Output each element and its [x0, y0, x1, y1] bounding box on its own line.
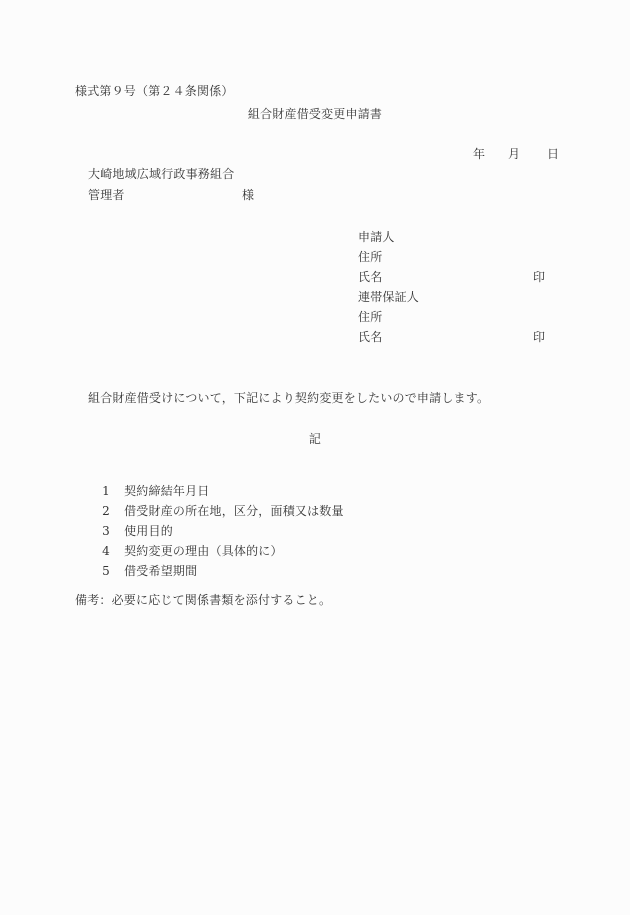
guarantor-address-label: 住所 — [358, 310, 382, 324]
addressee-honorific: 様 — [242, 188, 254, 202]
form-number-label: 様式第９号（第２４条関係） — [75, 84, 234, 98]
year-label: 年 — [473, 147, 485, 161]
document-title: 組合財産借受変更申請書 — [0, 107, 630, 121]
note-text: 備考：必要に応じて関係書類を添付すること。 — [75, 593, 331, 607]
applicant-address-label: 住所 — [358, 250, 382, 264]
guarantor-name-label: 氏名 — [358, 330, 382, 344]
addressee-organization: 大崎地域広域行政事務組合 — [88, 167, 234, 181]
applicant-seal-mark: 印 — [533, 270, 545, 284]
document-page: 様式第９号（第２４条関係） 組合財産借受変更申請書 年 月 日 大崎地域広域行政… — [0, 0, 630, 915]
guarantor-label: 連帯保証人 — [358, 290, 419, 304]
applicant-name-label: 氏名 — [358, 270, 382, 284]
item-text: 借受希望期間 — [124, 564, 197, 578]
guarantor-seal-mark: 印 — [533, 330, 545, 344]
item-number: 5 — [102, 564, 124, 578]
record-marker: 記 — [0, 432, 630, 446]
body-text: 組合財産借受けについて，下記により契約変更をしたいので申請します。 — [88, 391, 489, 405]
month-label: 月 — [508, 147, 520, 161]
list-item: 5借受希望期間 — [78, 550, 197, 592]
applicant-label: 申請人 — [358, 230, 395, 244]
day-label: 日 — [547, 147, 559, 161]
addressee-role: 管理者 — [88, 188, 125, 202]
